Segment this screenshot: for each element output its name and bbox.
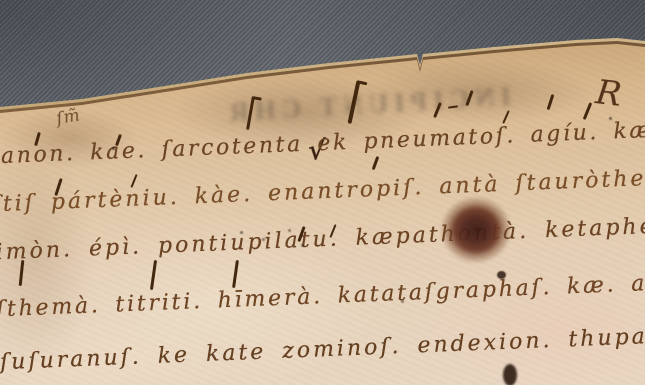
accent-stroke <box>329 224 336 238</box>
accent-stroke <box>115 134 121 146</box>
ascender-stroke <box>150 260 157 290</box>
ascender-stroke <box>347 80 360 124</box>
accent-stroke <box>502 110 510 124</box>
accent-stroke <box>34 132 40 146</box>
ascender-stroke <box>246 96 255 130</box>
accent-stroke <box>448 105 458 109</box>
accent-stroke <box>130 174 137 188</box>
accent-stroke <box>372 156 379 170</box>
accent-stroke <box>583 102 592 120</box>
manuscript-photograph: INCIPIUNT CHR ſm̃ R √ ranon. kae. ſarcot… <box>0 0 645 385</box>
accent-stroke <box>54 178 62 196</box>
accent-stroke <box>433 102 441 118</box>
accent-stroke <box>465 90 473 106</box>
accent-stroke <box>547 94 554 110</box>
accent-stroke <box>297 226 305 242</box>
pen-flourish-layer <box>0 0 645 385</box>
ink-speck <box>112 147 115 150</box>
ascender-stroke <box>232 260 239 288</box>
ascender-stroke <box>19 260 25 286</box>
